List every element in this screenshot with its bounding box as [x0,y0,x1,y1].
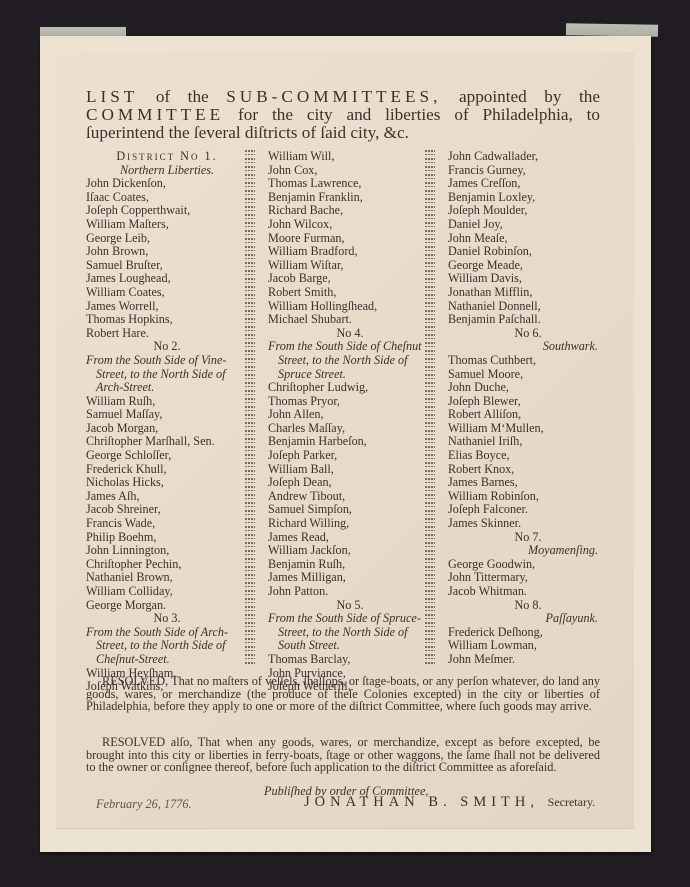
district-number: No 7. [448,531,608,545]
district-area: Moyamenſing. [448,544,608,558]
committee-member: Thomas Lawrence, [268,177,432,191]
committee-member: William Hollingſhead, [268,300,432,314]
committee-member: Benjamin Franklin, [268,191,432,205]
title-of-the: of the [156,87,209,106]
committee-member: Thomas Barclay, [268,653,432,667]
committee-member: Joſeph Parker, [268,449,432,463]
committee-member: Benjamin Ruſh, [268,558,432,572]
committee-member: John Dickenſon, [86,177,248,191]
district-area: Northern Liberties. [86,164,248,178]
column-1: District No 1.Northern Liberties.John Di… [86,150,248,694]
committee-member: Joſeph Copperthwait, [86,204,248,218]
title-superintend: ſuperintend the ſeveral diſtricts of ſai… [86,124,600,142]
committee-member: Andrew Tibout, [268,490,432,504]
committee-member: Chriſtopher Marſhall, Sen. [86,435,248,449]
committee-member: John Meſmer. [448,653,608,667]
committee-member: Nathaniel Brown, [86,571,248,585]
committee-member: Thomas Pryor, [268,395,432,409]
title-subcommittees: SUB-COMMITTEES, [226,87,441,106]
signature-title: Secretary. [548,795,596,809]
committee-member: Joſeph Blewer, [448,395,608,409]
committee-member: Richard Willing, [268,517,432,531]
committee-member: Frederick Khull, [86,463,248,477]
committee-member: William Will, [268,150,432,164]
committee-member: Jacob Shreiner, [86,503,248,517]
committee-member: John Meaſe, [448,232,608,246]
committee-member: Francis Gurney, [448,164,608,178]
committee-member: Richard Bache, [268,204,432,218]
committee-member: John Brown, [86,245,248,259]
committee-member: James Read, [268,531,432,545]
committee-member: William Coates, [86,286,248,300]
district-number: No 2. [86,340,248,354]
committee-member: Robert Alliſon, [448,408,608,422]
committee-member: William Maſters, [86,218,248,232]
committee-member: James Loughead, [86,272,248,286]
committee-member: John Duche, [448,381,608,395]
district-number: No 4. [268,327,432,341]
committee-member: Charles Maſſay, [268,422,432,436]
resolution-1: RESOLVED, That no maſters of veſſels, ſh… [86,675,600,713]
committee-member: Benjamin Harbeſon, [268,435,432,449]
committee-member: Benjamin Paſchall. [448,313,608,327]
committee-member: John Linnington, [86,544,248,558]
committee-member: George Goodwin, [448,558,608,572]
district-number: No 5. [268,599,432,613]
committee-member: George Leib, [86,232,248,246]
district-area: Southwark. [448,340,608,354]
committee-member: Chriſtopher Ludwig, [268,381,432,395]
signature-name: JONATHAN B. SMITH, [304,794,539,810]
committee-member: Moore Furman, [268,232,432,246]
committee-member: John Cox, [268,164,432,178]
committee-member: Joſeph Dean, [268,476,432,490]
committee-member: William Lowman, [448,639,608,653]
committee-member: Chriſtopher Pechin, [86,558,248,572]
committee-member: James Milligan, [268,571,432,585]
committee-member: Jacob Barge, [268,272,432,286]
committee-member: Joſeph Falconer. [448,503,608,517]
committee-member: William M‘Mullen, [448,422,608,436]
committee-member: Nathaniel Donnell, [448,300,608,314]
district-number: No 3. [86,612,248,626]
district-number: No 6. [448,327,608,341]
committee-member: Robert Knox, [448,463,608,477]
committee-member: Francis Wade, [86,517,248,531]
district-boundary: From the South Side of Arch-Street, to t… [86,626,248,667]
committee-member: William Wiſtar, [268,259,432,273]
committee-member: John Wilcox, [268,218,432,232]
committee-member: Daniel Robinſon, [448,245,608,259]
publication-date: February 26, 1776. [96,798,192,811]
committee-member: Benjamin Loxley, [448,191,608,205]
committee-member: Frederick Deſhong, [448,626,608,640]
title-committee: COMMITTEE [86,105,224,124]
committee-member: John Tittermary, [448,571,608,585]
column-3: John Cadwallader,Francis Gurney,James Cr… [448,150,608,667]
title-appointed: appointed by the [459,87,600,106]
committee-member: William Colliday, [86,585,248,599]
committee-member: John Allen, [268,408,432,422]
committee-member: William Ball, [268,463,432,477]
committee-member: James Worrell, [86,300,248,314]
committee-member: George Morgan. [86,599,248,613]
committee-member: John Cadwallader, [448,150,608,164]
committee-member: Robert Smith, [268,286,432,300]
committee-member: Jacob Morgan, [86,422,248,436]
committee-member: Joſeph Moulder, [448,204,608,218]
committee-member: Nathaniel Iriſh, [448,435,608,449]
committee-member: Philip Boehm, [86,531,248,545]
ornament-divider-icon [245,150,255,664]
signature: JONATHAN B. SMITH, Secretary. [304,796,595,809]
committee-member: Nicholas Hicks, [86,476,248,490]
district-area: Paſſayunk. [448,612,608,626]
tape-strip-right [566,23,658,37]
committee-member: Samuel Bruſter, [86,259,248,273]
committee-member: Michael Shubart. [268,313,432,327]
committee-member: Samuel Simpſon, [268,503,432,517]
title-list: LIST [86,87,138,106]
document-title: LIST of the SUB-COMMITTEES, appointed by… [86,88,600,142]
district-boundary: From the South Side of Vine-Street, to t… [86,354,248,395]
district-heading: District No 1. [86,150,248,164]
committee-member: Thomas Cuthbert, [448,354,608,368]
resolution-2: RESOLVED alſo, That when any goods, ware… [86,736,600,774]
committee-member: Daniel Joy, [448,218,608,232]
committee-member: William Bradford, [268,245,432,259]
committee-member: James Skinner. [448,517,608,531]
committee-member: Jacob Whitman. [448,585,608,599]
ornament-divider-icon [425,150,435,664]
committee-member: Elias Boyce, [448,449,608,463]
district-boundary: From the South Side of Cheſnut Street, t… [268,340,432,381]
committee-member: George Meade, [448,259,608,273]
committee-member: Samuel Moore, [448,368,608,382]
committee-member: William Robinſon, [448,490,608,504]
committee-member: Robert Hare. [86,327,248,341]
committee-member: Samuel Maſſay, [86,408,248,422]
committee-member: William Jackſon, [268,544,432,558]
committee-member: James Barnes, [448,476,608,490]
district-number: No 8. [448,599,608,613]
column-2: William Will,John Cox,Thomas Lawrence,Be… [268,150,432,694]
title-for-city: for the city and liberties of Philadelph… [238,105,600,124]
committee-member: John Patton. [268,585,432,599]
committee-member: George Schloſſer, [86,449,248,463]
committee-member: Jonathan Mifflin, [448,286,608,300]
committee-member: William Ruſh, [86,395,248,409]
committee-member: William Davis, [448,272,608,286]
committee-member: Thomas Hopkins, [86,313,248,327]
committee-member: James Creſſon, [448,177,608,191]
committee-member: Iſaac Coates, [86,191,248,205]
committee-member: James Aſh, [86,490,248,504]
broadside-sheet: LIST of the SUB-COMMITTEES, appointed by… [56,52,634,829]
district-boundary: From the South Side of Spruce-Street, to… [268,612,432,653]
